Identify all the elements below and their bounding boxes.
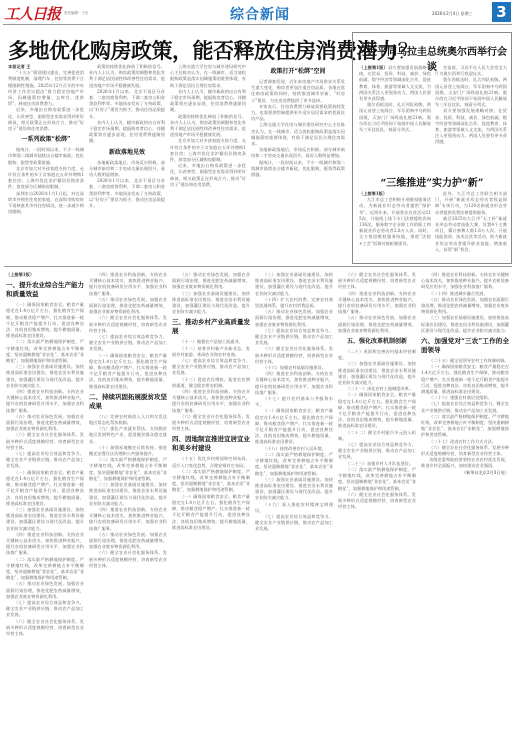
policy-item: （七）提高农业综合效益和竞争力。健全农业产业链供应链，推动农产品加工业发展。 [255, 514, 333, 533]
policy-item: （七）提高农业综合效益和竞争力。健全农业产业链供应链，推动农产品加工业发展。 [6, 451, 84, 470]
policy-column-1: （上接第1版） 一、提升农业综合生产能力和质量效益 （一）确保国家粮食安全。粮食… [6, 272, 84, 744]
policy-item: （三）加强农业基础设施建设。加快推进高标准农田建设，推进农田水利设施建设，加强灌… [421, 315, 509, 334]
policy-heading: 三、推动乡村产业高质量发展 [172, 318, 250, 336]
policy-dateline: （上接第1版） [6, 272, 84, 278]
policy-heading: 一、提升农业综合生产能力和质量效益 [6, 281, 84, 299]
policy-item: （七）提高农业综合效益和竞争力。健全农业产业链供应链，推动农产品加工业发展。 [338, 442, 416, 461]
policy-item: （四）推进农业科技创新。支持农业关键核心技术攻关，加快推进种业振兴，提升农机装备… [6, 389, 84, 414]
policy-item: （十四）扩大农村消费。完善农村商贸流通体系，提升农村消费品质。 [255, 297, 333, 309]
side-article-column-1: （上接第1版）双方要加强发展战略对接，在贸易、投资、科技、减贫、绿色低碳、数字经… [359, 65, 431, 169]
lead-paragraph: 政策的持续优化释放了积极的信号。业内人士认为，购房政策的调整和优化有利于满足居民… [170, 114, 246, 139]
lead-column-2: 政策的持续优化释放了积极的信号。业内人士认为，购房政策的调整和优化有利于满足居民… [89, 64, 165, 262]
policy-column-3: （五）推动农业绿色发展。加强农业面源污染治理，推进化肥农药减量增效，加强农业废弃… [172, 272, 250, 744]
lead-paragraph: 2026年1月以来，北京不再区分首套、二套房商贷利率，下调二套房公积金贷款利率等… [89, 178, 165, 209]
editor-credit: 责任编辑 · 于宏 [64, 11, 88, 16]
policy-item: （十七）提升农村基本公共服务水平。 [255, 396, 333, 408]
policy-item: （四）推进农业科技创新。支持农业关键核心技术攻关，加快推进种业振兴，提升农机装备… [89, 272, 167, 297]
policy-closing: 各级党委和政府要坚持农业农村优先发展，推进乡村全面振兴，加快建设农业强国。 [421, 457, 509, 469]
policy-item: （一）确保国家粮食安全。粮食产量稳定在1.4万亿斤左右。强化粮食生产保障，推动粮… [6, 470, 84, 507]
lead-paragraph: 深圳市自2026年1月1日起，对在深圳市外拥有住房的家庭，在深圳市购房时不再核查… [8, 191, 84, 216]
side-paragraph: 奥尔西抵达时，礼兵列队致敬。两国元首登上检阅台，军乐团奏中乌两国国歌，天安门广场… [435, 77, 507, 108]
policy-item: （三）加强农业基础设施建设。加快推进高标准农田建设，推进农田水利设施建设，加强灌… [172, 291, 250, 316]
policy-item: （五）推动农业绿色发展。加强农业面源污染治理，推进化肥农药减量增效，加强农业废弃… [421, 297, 509, 316]
lead-paragraph: 据统计，一段时间以来，不少一线城市和强二线城市陆续出台楼市新政，优化限购、限贷等… [251, 160, 345, 179]
policy-item: （四）推进农业科技创新。支持农业关键核心技术攻关，加快推进种业振兴，提升农机装备… [421, 272, 509, 291]
second-article-headline[interactable]: “三维推进”实力护“新” [353, 174, 511, 189]
policy-item: （十三）促进农民增收。拓宽农民增收渠道，健全联农带农机制。 [172, 377, 250, 389]
policy-item: （二十三）加强乡村人才队伍建设。 [338, 461, 416, 467]
policy-item: （三）加强农业基础设施建设。加快推进高标准农田建设，推进农田水利设施建设，加强灌… [6, 364, 84, 389]
policy-item: （五）推动农业绿色发展。加强农业面源污染治理，推进化肥农药减量增效，加强农业废弃… [89, 297, 167, 316]
policy-item: （七）提高农业综合效益和竞争力。健全农业产业链供应链，推动农产品加工业发展。 [6, 600, 84, 619]
lead-paragraph: 记者调查发现，近年来房地产市场供求关系发生重大变化，购房者更加注重住房品质。各地… [251, 79, 345, 104]
policy-item: （九）强化产业就业帮扶。支持脱贫地区发展特色产业，促进脱贫群众稳定就业。 [89, 426, 167, 445]
second-paragraph: 此外，九江市总工会联合相关部门，开展“新就业形态劳动者权益保障”专项行动，为12… [435, 191, 507, 216]
policy-item: （二十二）健全乡村振兴多元投入机制。 [338, 430, 416, 442]
policy-item: （五）推动农业绿色发展。加强农业面源污染治理，推进化肥农药减量增效，加强农业废弃… [6, 581, 84, 600]
policy-item: （一）确保国家粮食安全。粮食产量稳定在1.4万亿斤左右。强化粮食生产保障，推动粮… [89, 353, 167, 390]
newspaper-logo: 工人日报 [4, 3, 60, 24]
lead-paragraph: 2026年1月以来，北京不再区分首套、二套房商贷利率，下调二套房公积金贷款利率等… [89, 89, 165, 120]
policy-item: （七）提高农业综合效益和竞争力。健全农业产业链供应链，推动农产品加工业发展。 [421, 401, 509, 413]
policy-item: （六）健全农业社会化服务体系。发展多种形式适度规模经营，培育新型农业经营主体。 [172, 414, 250, 433]
masthead: 工人日报 责任编辑 · 于宏 综合新闻 2026年2月4日 星期三 3 [0, 0, 515, 26]
section-divider [4, 266, 512, 267]
policy-item: （七）提高农业综合效益和竞争力。健全农业产业链供应链，推动农产品加工业发展。 [172, 358, 250, 377]
policy-item: （八）完善农村低收入人口和欠发达地区常态化帮扶机制。 [89, 414, 167, 426]
policy-item: （六）健全农业社会化服务体系。发展多种形式适度规模经营，培育新型农业经营主体。 [338, 492, 416, 511]
masthead-rule [3, 24, 512, 25]
policy-item: （六）健全农业社会化服务体系。发展多种形式适度规模经营，培育新型农业经营主体。 [421, 445, 509, 457]
policy-item: （七）提高农业综合效益和竞争力。健全农业产业链供应链，推动农产品加工业发展。 [89, 334, 167, 353]
lead-paragraph: 政策的持续优化释放了积极的信号。业内人士认为，购房政策的调整和优化有利于满足居民… [89, 64, 165, 89]
policy-heading: 二、持续巩固拓展脱贫攻坚成果 [89, 393, 167, 411]
policy-item: （一）确保国家粮食安全。粮食产量稳定在1.4万亿斤左右。强化粮食生产保障，推动粮… [172, 494, 250, 531]
policy-item: （三）加强农业基础设施建设。加快推进高标准农田建设，推进农田水利设施建设，加强灌… [255, 272, 333, 297]
policy-item: （四）推进农业科技创新。支持农业关键核心技术攻关，加快推进种业振兴，提升农机装备… [172, 389, 250, 414]
side-article-box: 习近平同乌拉圭总统奥尔西举行会谈 （上接第1版）双方要加强发展战略对接，在贸易、… [352, 32, 512, 264]
side-article-column-2: 会谈前，习近平在人民大会堂北大厅为奥尔西举行欢迎仪式。 奥尔西抵达时，礼兵列队致… [435, 65, 507, 169]
lead-paragraph: 上海交通大学住房与城乡建设研究中心主任陈杰认为，在一线城市，适当放松限购政策是落… [251, 122, 345, 147]
side-dateline: （上接第1版）双方要加强发展战略对接，在贸易、投资、科技、减贫、绿色低碳、数字经… [359, 65, 431, 102]
policy-column-6: （四）推进农业科技创新。支持农业关键核心技术攻关，加快推进种业振兴，提升农机装备… [421, 272, 509, 744]
policy-heading: 六、加强党对“三农”工作的全面领导 [421, 337, 509, 355]
page-number-badge: 3 [492, 2, 511, 22]
policy-item: （二）落实最严格耕地保护制度。严守耕地红线，改革完善耕地占补平衡制度，坚决遏制耕… [89, 457, 167, 482]
policy-item: （十九）深入推进农村精神文明建设。 [255, 502, 333, 514]
policy-item: （四）推进农业科技创新。支持农业关键核心技术攻关，加快推进种业振兴，提升农机装备… [338, 291, 416, 316]
policy-item: （十一）做强农产品加工流通业。 [172, 339, 250, 345]
second-paragraph: 截至2025年九江市“天工杯”新就业形态劳动者技能大赛，设置4个主赛项目，累计参… [435, 216, 507, 253]
second-article-column-2: 此外，九江市总工会联合相关部门，开展“新就业形态劳动者权益保障”专项行动，为12… [435, 191, 507, 261]
second-article-column-1: （上接第1版） 九江市总工会积极开展维权服务活动，为新就业形态劳动者提供“保护伞… [359, 191, 431, 261]
policy-item: （二十）巩固和完善农村基本经营制度。 [338, 349, 416, 361]
lead-paragraph: 上海交通大学住房与城乡建设研究中心主任陈杰认为，在一线城市，适当放松限购政策是落… [170, 64, 246, 89]
lead-subhead: 新政落地见效 [89, 148, 165, 157]
lead-paragraph: 北京市加大对多孩家庭支持力度，允许符合条件的多子女家庭在五环外增购1套住房；上海… [8, 166, 84, 191]
second-paragraph: 九江市总工会积极开展维权服务活动，为新就业形态劳动者提供“保护伞”。近两年来，开… [359, 197, 431, 247]
policy-heading: 五、强化改革机制创新 [338, 337, 416, 346]
policy-item: （二）落实最严格耕地保护制度。严守耕地红线，改革完善耕地占补平衡制度，坚决遏制耕… [421, 414, 509, 439]
lead-subhead: 一系列政策“松绑” [8, 135, 84, 144]
lead-paragraph: 各地新政落地后，市场反应积极。部分城市新房和二手房成交量出现回升，看房人数明显增… [251, 147, 345, 159]
lead-subhead: 政策打开“松绑”空间 [251, 67, 345, 76]
policy-item: （三）加强农业基础设施建设。加快推进高标准农田建设，推进农田水利设施建设，加强灌… [255, 477, 333, 502]
lead-column-1: 本报记者 王 “十五五”规划建议提出，完善促进消费制度机制，清理汽车、住房等消费… [8, 64, 84, 262]
policy-item: （二）落实最严格耕地保护制度。严守耕地红线，改革完善耕地占补平衡制度，坚决遏制耕… [172, 469, 250, 494]
policy-item: （三）加强农业基础设施建设。加快推进高标准农田建设，推进农田水利设施建设，加强灌… [6, 507, 84, 532]
policy-item: （四）推进农业科技创新。支持农业关键核心技术攻关，加快推进种业振兴，提升农机装备… [89, 507, 167, 532]
lead-paragraph: 业内人士认为，楼市新政的出台有利于稳定市场预期，提振购房者信心。伴随政策效应逐步… [89, 120, 165, 145]
policy-column-5: （六）健全农业社会化服务体系。发展多种形式适度规模经营，培育新型农业经营主体。 … [338, 272, 416, 744]
lead-column-4: 政策打开“松绑”空间 记者调查发现，近年来房地产市场供求关系发生重大变化，购房者… [251, 64, 345, 262]
policy-item: （十五）优化乡村规划和空间布局。适应人口变化趋势，合理安排村庄布局。 [172, 456, 250, 468]
policy-item: （六）健全农业社会化服务体系。发展多种形式适度规模经营，培育新型农业经营主体。 [338, 272, 416, 291]
policy-item: （六）健全农业社会化服务体系。发展多种形式适度规模经营，培育新型农业经营主体。 [6, 432, 84, 451]
issue-date: 2026年2月4日 星期三 [432, 11, 473, 17]
policy-column-2: （四）推进农业科技创新。支持农业关键核心技术攻关，加快推进种业振兴，提升农机装备… [89, 272, 167, 744]
policy-item: （六）健全农业社会化服务体系。发展多种形式适度规模经营，培育新型农业经营主体。 [255, 346, 333, 365]
policy-item: （二）落实最严格耕地保护制度。严守耕地红线，改革完善耕地占补平衡制度，坚决遏制耕… [6, 557, 84, 582]
policy-item: （五）推动农业绿色发展。加强农业面源污染治理，推进化肥农药减量增效，加强农业废弃… [338, 315, 416, 334]
lead-paragraph: 近来，多地出台购房政策进一步优化，让改善型、刚需型住房需求得到更好释放，相关政策… [8, 107, 84, 132]
lead-paragraph: 专家表示，住房消费潜力释放需要政策持续发力，也需要供给端提供更多适应居民需求的优… [251, 104, 345, 123]
policy-item: （六）健全农业社会化服务体系。发展多种形式适度规模经营，培育新型农业经营主体。 [89, 550, 167, 569]
policy-item: （二）落实最严格耕地保护制度。严守耕地红线，改革完善耕地占补平衡制度，坚决遏制耕… [255, 452, 333, 477]
lead-paragraph: 据统计，一段时间以来，不少一线城市和强二线城市陆续出台楼市新政，优化限购、限贷等… [8, 147, 84, 166]
lead-paragraph: 各地新政落地后，市场反应积极。部分城市新房和二手房成交量出现回升，看房人数明显增… [89, 160, 165, 179]
lead-paragraph: 北京市加大对多孩家庭支持力度，允许符合条件的多子女家庭在五环外增购1套住房；上海… [170, 138, 246, 163]
policy-item: （三）加强农业基础设施建设。加快推进高标准农田建设，推进农田水利设施建设，加强灌… [89, 482, 167, 507]
policy-item: （六）健全农业社会化服务体系。发展多种形式适度规模经营，培育新型农业经营主体。 [6, 619, 84, 638]
policy-item: （十二）培育乡村新产业新业态。发展乡村旅游、休闲农业和农村电商。 [172, 346, 250, 358]
policy-item: （十）加强易地搬迁后续扶持。推进搬迁安置社区治理和公共服务提升。 [89, 445, 167, 457]
policy-item: （四）推进农业科技创新。支持农业关键核心技术攻关，加快推进种业振兴，提升农机装备… [255, 371, 333, 396]
lead-paragraph: “十五五”规划建议提出，完善促进消费制度机制，清理汽车、住房等消费不合理限制性措… [8, 70, 84, 107]
side-paragraph: 奥尔西抵达时，礼兵列队致敬。两国元首登上检阅台，军乐团奏中乌两国国歌，天安门广场… [359, 102, 431, 133]
policy-item: （五）推动农业绿色发展。加强农业面源污染治理，推进化肥农药减量增效，加强农业废弃… [6, 414, 84, 433]
policy-item: （十八）持续改善农村人居环境。 [255, 446, 333, 452]
policy-heading: 四、因地制宜推进宜居宜业和美乡村建设 [172, 435, 250, 453]
lead-column-3: 上海交通大学住房与城乡建设研究中心主任陈杰认为，在一线城市，适当放松限购政策是落… [170, 64, 246, 262]
policy-item: （一）确保国家粮食安全。粮食产量稳定在1.4万亿斤左右。强化粮食生产保障，推动粮… [338, 392, 416, 429]
policy-item: （二）落实最严格耕地保护制度。严守耕地红线，改革完善耕地占补平衡制度，坚决遏制耕… [338, 467, 416, 492]
policy-item: （五）推动农业绿色发展。加强农业面源污染治理，推进化肥农药减量增效，加强农业废弃… [172, 272, 250, 291]
side-paragraph: 双方要加强发展战略对接，在贸易、投资、科技、减贫、绿色低碳、数字经济等领域深化合… [435, 108, 507, 145]
policy-item: （六）健全农业社会化服务体系。发展多种形式适度规模经营，培育新型农业经营主体。 [89, 315, 167, 334]
policy-item: （二）落实最严格耕地保护制度。严守耕地红线，改革完善耕地占补平衡制度，坚决遏制耕… [6, 339, 84, 364]
lead-paragraph: 近来，多地出台购房政策进一步优化，让改善型、刚需型住房需求得到更好释放，相关政策… [170, 163, 246, 188]
policy-item: （五）推动农业绿色发展。加强农业面源污染治理，推进化肥农药减量增效，加强农业废弃… [89, 532, 167, 551]
lead-headline-text: 多地优化购房政策，能否释放住房消费潜力 [8, 39, 398, 63]
policy-item: （五）推动农业绿色发展。加强农业面源污染治理，推进化肥农药减量增效，加强农业废弃… [255, 309, 333, 328]
section-title: 综合新闻 [230, 4, 290, 24]
policy-item: （一）确保国家粮食安全。粮食产量稳定在1.4万亿斤左右。强化粮食生产保障，推动粮… [255, 408, 333, 445]
lead-paragraph: 业内人士认为，楼市新政的出台有利于稳定市场预期，提振购房者信心。伴随政策效应逐步… [170, 89, 246, 114]
policy-item: （一）确保国家粮食安全。粮食产量稳定在1.4万亿斤左右。强化粮食生产保障，推动粮… [6, 302, 84, 339]
policy-item: （七）提高农业综合效益和竞争力。健全农业产业链供应链，推动农产品加工业发展。 [255, 328, 333, 347]
policy-item: （四）推进农业科技创新。支持农业关键核心技术攻关，加快推进种业振兴，提升农机装备… [6, 532, 84, 557]
policy-item: （一）确保国家粮食安全。粮食产量稳定在1.4万亿斤左右。强化粮食生产保障，推动粮… [421, 364, 509, 395]
policy-item: （二十七）改进农村工作方式方法。 [421, 439, 509, 445]
side-paragraph: 会谈前，习近平在人民大会堂北大厅为奥尔西举行欢迎仪式。 [435, 65, 507, 77]
policy-column-4: （三）加强农业基础设施建设。加快推进高标准农田建设，推进农田水利设施建设，加强灌… [255, 272, 333, 744]
policy-item: （三）加强农业基础设施建设。加快推进高标准农田建设，推进农田水利设施建设，加强灌… [338, 361, 416, 386]
policy-end-note: （新华社北京2月3日电） [421, 470, 509, 476]
